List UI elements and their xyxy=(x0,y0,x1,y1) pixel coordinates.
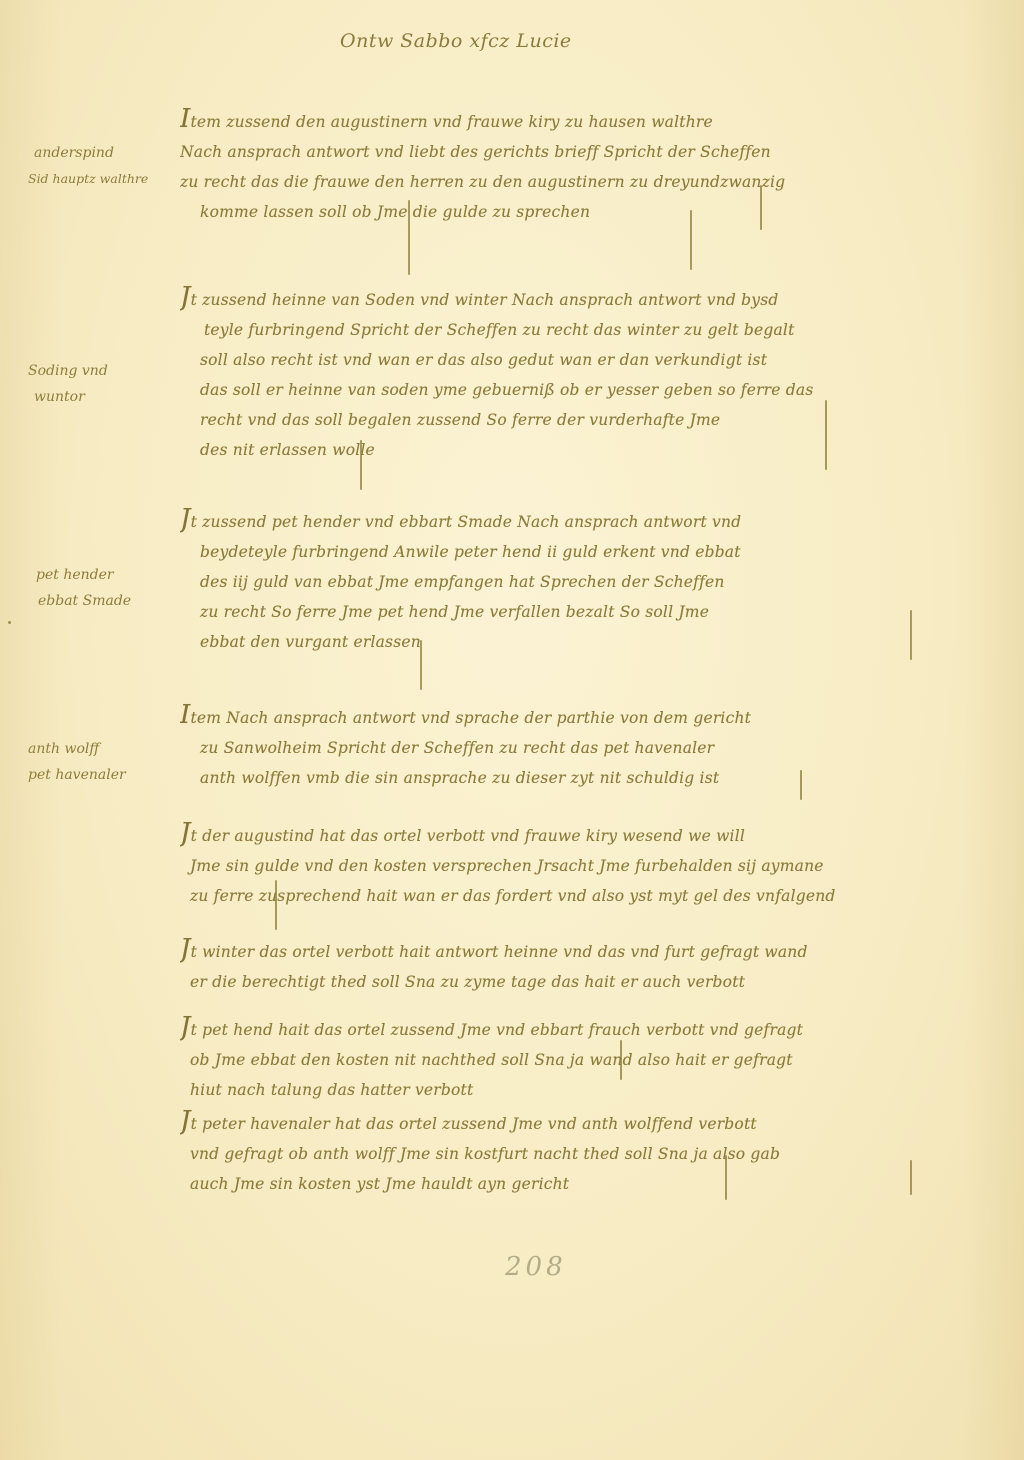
margin-note-4: anth wolff pet havenaler xyxy=(28,736,178,788)
text-line: beydeteyle furbringend Anwile peter hend… xyxy=(180,537,1000,567)
text-line: Jme sin gulde vnd den kosten versprechen… xyxy=(180,851,1000,881)
text-line: ebbat den vurgant erlassen xyxy=(180,627,1000,657)
text-line: Jt der augustind hat das ortel verbott v… xyxy=(180,818,1000,851)
descender-stroke xyxy=(420,640,422,690)
text-line: auch Jme sin kosten yst Jme hauldt ayn g… xyxy=(180,1169,1000,1199)
descender-stroke xyxy=(360,440,362,490)
entry-6: Jt winter das ortel verbott hait antwort… xyxy=(180,934,1000,997)
entry-7: Jt pet hend hait das ortel zussend Jme v… xyxy=(180,1012,1000,1105)
text-line: zu Sanwolheim Spricht der Scheffen zu re… xyxy=(180,733,1000,763)
entry-5: Jt der augustind hat das ortel verbott v… xyxy=(180,818,1000,911)
text-line: Jt peter havenaler hat das ortel zussend… xyxy=(180,1106,1000,1139)
text-line: zu ferre zusprechend hait wan er das for… xyxy=(180,881,1000,911)
text-line: recht vnd das soll begalen zussend So fe… xyxy=(180,405,1000,435)
manuscript-page: Ontw Sabbo xfcz Lucie anderspind Sid hau… xyxy=(0,0,1024,1460)
descender-stroke xyxy=(910,1160,912,1195)
margin-note-3: pet hender ebbat Smade xyxy=(28,562,178,614)
text-line: Jt pet hend hait das ortel zussend Jme v… xyxy=(180,1012,1000,1045)
descender-stroke xyxy=(620,1040,622,1080)
text-line: zu recht das die frauwe den herren zu de… xyxy=(180,167,1000,197)
descender-stroke xyxy=(408,200,410,275)
descender-stroke xyxy=(690,210,692,270)
entry-4: Item Nach ansprach antwort vnd sprache d… xyxy=(180,700,1000,793)
margin-dot xyxy=(8,621,11,624)
descender-stroke xyxy=(275,880,277,930)
margin-note-line: Sid hauptz walthre xyxy=(28,166,178,192)
margin-note-line: anderspind xyxy=(28,140,178,166)
text-line: Jt winter das ortel verbott hait antwort… xyxy=(180,934,1000,967)
text-line: des nit erlassen wolle xyxy=(180,435,1000,465)
text-line: ob Jme ebbat den kosten nit nachthed sol… xyxy=(180,1045,1000,1075)
margin-note-line: wuntor xyxy=(28,384,178,410)
entry-1: Item zussend den augustinern vnd frauwe … xyxy=(180,104,1000,227)
text-line: hiut nach talung das hatter verbott xyxy=(180,1075,1000,1105)
descender-stroke xyxy=(760,185,762,230)
text-line: vnd gefragt ob anth wolff Jme sin kostfu… xyxy=(180,1139,1000,1169)
margin-note-line: anth wolff xyxy=(28,736,178,762)
margin-note-line: Soding vnd xyxy=(28,358,178,384)
entry-2: Jt zussend heinne van Soden vnd winter N… xyxy=(180,282,1000,465)
descender-stroke xyxy=(910,610,912,660)
text-line: soll also recht ist vnd wan er das also … xyxy=(180,345,1000,375)
text-line: komme lassen soll ob Jme die gulde zu sp… xyxy=(180,197,1000,227)
margin-note-line: pet hender xyxy=(28,562,178,588)
text-line: des iij guld van ebbat Jme empfangen hat… xyxy=(180,567,1000,597)
text-line: zu recht So ferre Jme pet hend Jme verfa… xyxy=(180,597,1000,627)
entry-3: Jt zussend pet hender vnd ebbart Smade N… xyxy=(180,504,1000,657)
descender-stroke xyxy=(825,400,827,470)
descender-stroke xyxy=(725,1155,727,1200)
entry-8: Jt peter havenaler hat das ortel zussend… xyxy=(180,1106,1000,1199)
text-line: teyle furbringend Spricht der Scheffen z… xyxy=(180,315,1000,345)
text-line: Jt zussend heinne van Soden vnd winter N… xyxy=(180,282,1000,315)
text-line: das soll er heinne van soden yme gebuern… xyxy=(180,375,1000,405)
margin-note-line: ebbat Smade xyxy=(28,588,178,614)
text-line: anth wolffen vmb die sin ansprache zu di… xyxy=(180,763,1000,793)
margin-note-2: Soding vnd wuntor xyxy=(28,358,178,410)
text-line: Item Nach ansprach antwort vnd sprache d… xyxy=(180,700,1000,733)
folio-number: 208 xyxy=(505,1252,567,1282)
text-line: Nach ansprach antwort vnd liebt des geri… xyxy=(180,137,1000,167)
text-line: Jt zussend pet hender vnd ebbart Smade N… xyxy=(180,504,1000,537)
margin-note-1: anderspind Sid hauptz walthre xyxy=(28,140,178,192)
margin-note-line: pet havenaler xyxy=(28,762,178,788)
page-heading: Ontw Sabbo xfcz Lucie xyxy=(340,30,572,52)
descender-stroke xyxy=(800,770,802,800)
text-line: er die berechtigt thed soll Sna zu zyme … xyxy=(180,967,1000,997)
text-line: Item zussend den augustinern vnd frauwe … xyxy=(180,104,1000,137)
